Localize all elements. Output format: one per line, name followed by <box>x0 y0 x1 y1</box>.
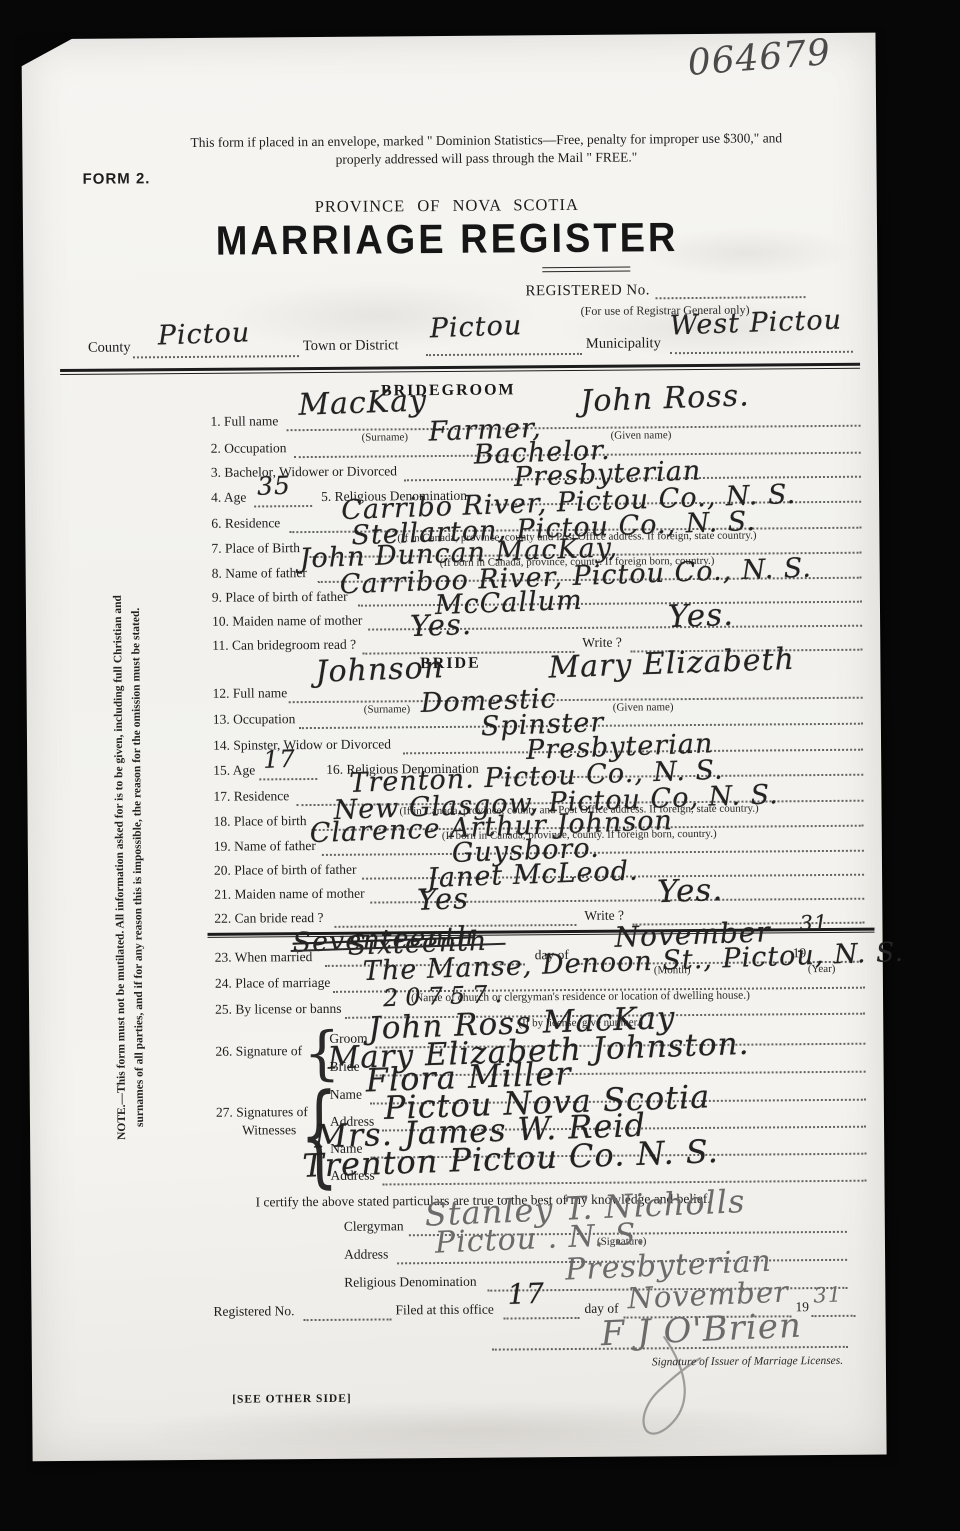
field-12-label: 12. Full name <box>213 685 288 702</box>
town-district-value: Pictou <box>429 310 522 344</box>
field-3-label: 3. Bachelor, Widower or Divorced <box>211 463 397 480</box>
registered-no-bottom-label: Registered No. <box>213 1303 294 1320</box>
title-underline <box>542 267 630 273</box>
field-4-label: 4. Age <box>211 490 246 506</box>
page-title: MARRIAGE REGISTER <box>37 214 857 267</box>
given-name-hint: (Given name) <box>611 429 672 441</box>
surname-hint: (Surname) <box>362 431 409 443</box>
registered-no-label: REGISTERED No. <box>525 282 650 300</box>
field-7-label: 7. Place of Birth <box>211 540 300 557</box>
field-1-label: 1. Full name <box>210 413 278 430</box>
clergy-denomination-label: Religious Denomination <box>344 1274 476 1291</box>
bride-write-value: Yes. <box>657 872 724 910</box>
issuer-signature-hint: Signature of Issuer of Marriage Licenses… <box>652 1355 843 1369</box>
bridegroom-write-value: Yes. <box>667 597 734 635</box>
field-26-label: 26. Signature of <box>215 1043 302 1060</box>
field-10-label: 10. Maiden name of mother <box>212 613 362 630</box>
surname-hint: (Surname) <box>364 703 411 715</box>
witnesses-label: Witnesses <box>242 1122 296 1138</box>
witness1-name-label: Name <box>330 1087 362 1103</box>
municipality-value: West Pictou <box>669 304 842 341</box>
county-value: Pictou <box>157 317 250 351</box>
corner-fold <box>19 37 75 67</box>
dotted-line <box>812 1315 856 1317</box>
field-14-label: 14. Spinster, Widow or Divorced <box>213 736 391 753</box>
field-21-label: 21. Maiden name of mother <box>214 886 364 903</box>
bridegroom-age-value: 35 <box>256 471 291 501</box>
field-27-label: 27. Signatures of <box>216 1104 308 1121</box>
field-18-label: 18. Place of birth <box>214 813 307 830</box>
field-8-label: 8. Name of father <box>212 565 307 582</box>
bridegroom-surname-value: MacKay <box>298 383 428 423</box>
bride-read-value: Yes <box>417 881 470 917</box>
field-15-label: 15. Age <box>213 762 255 778</box>
field-2-label: 2. Occupation <box>211 440 287 457</box>
bridegroom-given-value: John Ross. <box>580 378 750 419</box>
filed-day-value: 17 <box>507 1277 546 1311</box>
filed-year-value: 31 <box>813 1282 843 1307</box>
form-number: FORM 2. <box>83 170 151 188</box>
clergy-address-label: Address <box>344 1246 388 1262</box>
field-13-label: 13. Occupation <box>213 711 296 728</box>
signature-flourish <box>606 1336 727 1452</box>
paper-sheet: 064679 This form if placed in an envelop… <box>0 0 960 1531</box>
field-25-label: 25. By license or banns <box>215 1001 341 1018</box>
town-district-label: Town or District <box>303 337 399 355</box>
field-9-label: 9. Place of birth of father <box>212 589 348 606</box>
see-other-side-label: [SEE OTHER SIDE] <box>232 1393 352 1406</box>
year-value: 31 <box>799 911 829 936</box>
municipality-label: Municipality <box>586 335 661 353</box>
given-name-hint: (Given name) <box>613 701 674 713</box>
mutilation-note: NOTE.—This form must not be mutilated. A… <box>109 537 154 1197</box>
filed-at-office-label: Filed at this office <box>395 1302 493 1319</box>
scanned-page-canvas: 064679 This form if placed in an envelop… <box>0 0 960 1531</box>
clergyman-label: Clergyman <box>344 1218 404 1234</box>
field-19-label: 19. Name of father <box>214 838 316 855</box>
county-label: County <box>88 339 131 356</box>
field-11-label: 11. Can bridegroom read ? <box>212 637 356 654</box>
bride-age-value: 17 <box>263 745 297 774</box>
field-20-label: 20. Place of birth of father <box>214 862 357 879</box>
bridegroom-read-value: Yes. <box>410 607 473 643</box>
field-6-label: 6. Residence <box>211 515 280 532</box>
bride-surname-value: Johnson <box>315 650 445 690</box>
field-24-label: 24. Place of marriage <box>215 975 331 992</box>
field-17-label: 17. Residence <box>213 788 289 805</box>
field-22-label: 22. Can bride read ? <box>214 910 323 927</box>
